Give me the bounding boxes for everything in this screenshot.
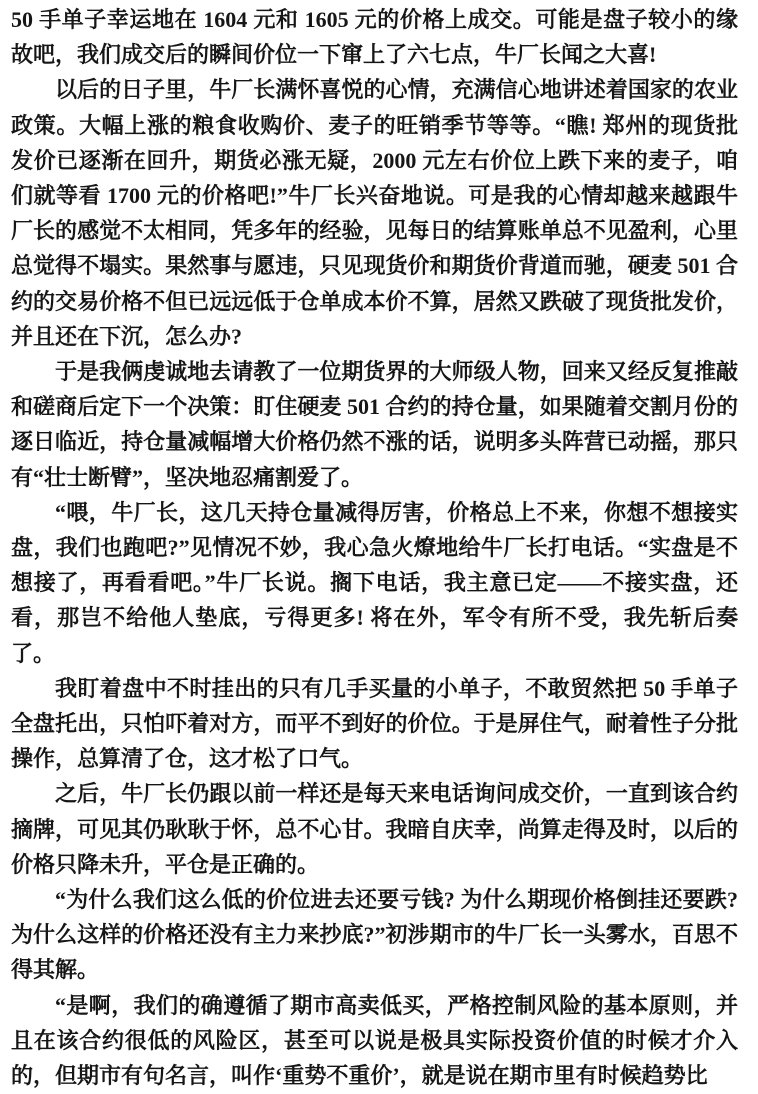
book-page: 50 手单子幸运地在 1604 元和 1605 元的价格上成交。可能是盘子较小的… <box>0 0 758 1094</box>
paragraph: 之后，牛厂长仍跟以前一样还是每天来电话询问成交价，一直到该合约摘牌，可见其仍耿耿… <box>11 776 738 882</box>
paragraph: “为什么我们这么低的价位进去还要亏钱? 为什么期现价格倒挂还要跌? 为什么这样的… <box>11 882 738 988</box>
paragraph: 50 手单子幸运地在 1604 元和 1605 元的价格上成交。可能是盘子较小的… <box>11 2 738 72</box>
paragraph: “是啊，我们的确遵循了期市高卖低买，严格控制风险的基本原则，并且在该合约很低的风… <box>11 988 738 1094</box>
paragraph: 以后的日子里，牛厂长满怀喜悦的心情，充满信心地讲述着国家的农业政策。大幅上涨的粮… <box>11 72 738 354</box>
paragraph: “喂，牛厂长，这几天持仓量减得厉害，价格总上不来，你想不想接实盘，我们也跑吧?”… <box>11 495 738 671</box>
paragraph: 于是我俩虔诚地去请教了一位期货界的大师级人物，回来又经反复推敲和磋商后定下一个决… <box>11 354 738 495</box>
paragraph: 我盯着盘中不时挂出的只有几手买量的小单子，不敢贸然把 50 手单子全盘托出，只怕… <box>11 671 738 777</box>
